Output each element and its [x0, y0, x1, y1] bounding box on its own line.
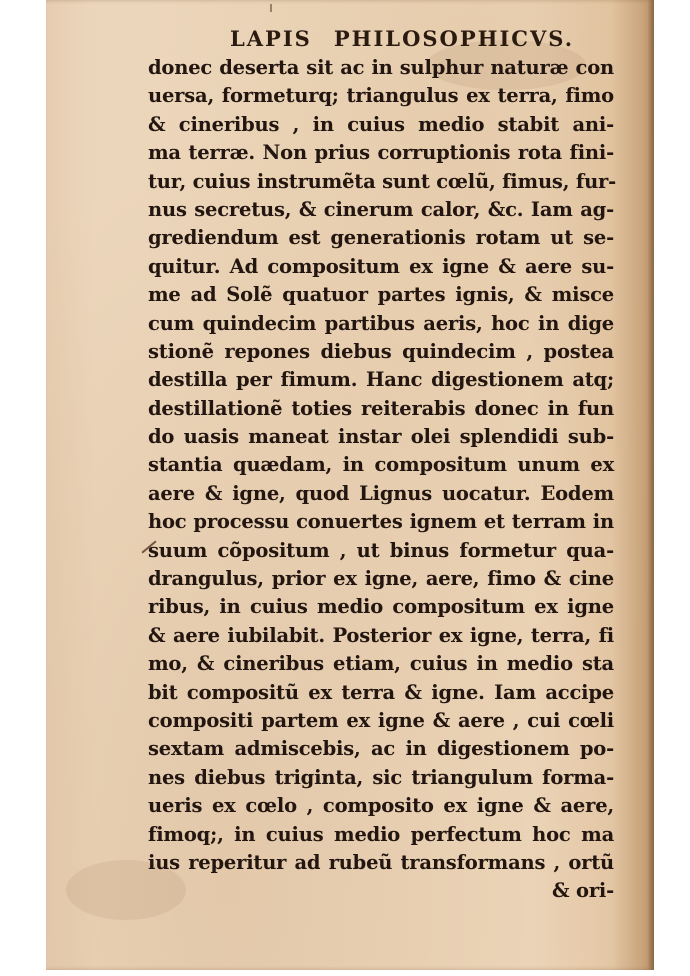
text-line: drangulus, prior ex igne, aere, fimo & c… — [148, 565, 614, 593]
text-line: tur, cuius instrumẽta sunt cœlũ, fimus, … — [148, 168, 614, 196]
page-mark — [270, 4, 272, 12]
text-line: nes diebus triginta, sic triangulum form… — [148, 764, 614, 792]
text-line: me ad Solẽ quatuor partes ignis, & misce — [148, 281, 614, 309]
running-head: LAPISPHILOSOPHICVS. — [230, 26, 574, 51]
text-line: ueris ex cœlo , composito ex igne & aere… — [148, 792, 614, 820]
text-line: quitur. Ad compositum ex igne & aere su- — [148, 253, 614, 281]
text-line: cum quindecim partibus aeris, hoc in dig… — [148, 310, 614, 338]
text-line: ma terræ. Non prius corruptionis rota fi… — [148, 139, 614, 167]
text-line: destillationẽ toties reiterabis donec in… — [148, 395, 614, 423]
catchword: & ori- — [148, 877, 614, 905]
text-line: grediendum est generationis rotam ut se- — [148, 224, 614, 252]
page-binding-shadow — [648, 0, 654, 970]
text-line: donec deserta sit ac in sulphur naturæ c… — [148, 54, 614, 82]
text-line: bit compositũ ex terra & igne. Iam accip… — [148, 679, 614, 707]
text-line: ribus, in cuius medio compositum ex igne — [148, 593, 614, 621]
text-line: destilla per fimum. Hanc digestionem atq… — [148, 366, 614, 394]
text-line: stantia quædam, in compositum unum ex — [148, 451, 614, 479]
text-line: uersa, formeturq; triangulus ex terra, f… — [148, 82, 614, 110]
text-line: & aere iubilabit. Posterior ex igne, ter… — [148, 622, 614, 650]
text-line: do uasis maneat instar olei splendidi su… — [148, 423, 614, 451]
running-head-part-1: LAPIS — [230, 26, 312, 51]
body-text: donec deserta sit ac in sulphur naturæ c… — [148, 54, 614, 906]
text-line: & cineribus , in cuius medio stabit ani- — [148, 111, 614, 139]
text-line: ius reperitur ad rubeũ transformans , or… — [148, 849, 614, 877]
text-line: mo, & cineribus etiam, cuius in medio st… — [148, 650, 614, 678]
text-line: aere & igne, quod Lignus uocatur. Eodem — [148, 480, 614, 508]
running-head-part-2: PHILOSOPHICVS. — [334, 26, 574, 51]
text-line: compositi partem ex igne & aere , cui cœ… — [148, 707, 614, 735]
text-line: suum cõpositum , ut binus formetur qua- — [148, 537, 614, 565]
text-line: stionẽ repones diebus quindecim , postea — [148, 338, 614, 366]
text-line: fimoq;, in cuius medio perfectum hoc ma — [148, 821, 614, 849]
text-line: hoc processu conuertes ignem et terram i… — [148, 508, 614, 536]
text-line: nus secretus, & cinerum calor, &c. Iam a… — [148, 196, 614, 224]
text-line: sextam admiscebis, ac in digestionem po- — [148, 735, 614, 763]
